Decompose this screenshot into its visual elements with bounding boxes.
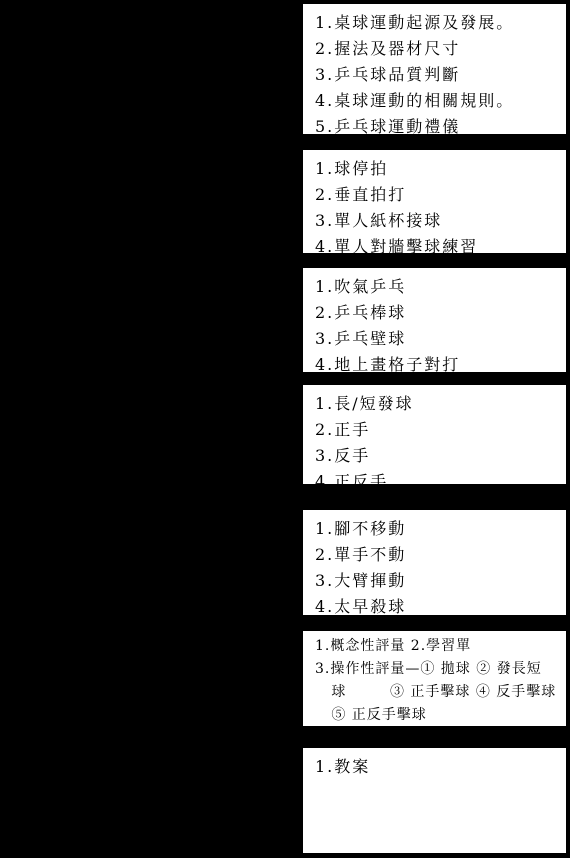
content-box-unit-overview: 1.桌球運動起源及發展。2.握法及器材尺寸3.乒乓球品質判斷4.桌球運動的相關規… [303, 4, 566, 134]
text-line: 3.操作性評量—① 拋球 ② 發長短 [315, 658, 560, 681]
text-line: 4.桌球運動的相關規則。 [315, 88, 560, 114]
text-line: 2.垂直拍打 [315, 182, 560, 208]
text-line: 4.單人對牆擊球練習 [315, 234, 560, 253]
text-line: 1.長/短發球 [315, 391, 560, 417]
content-box-common-errors: 1.腳不移動2.單手不動3.大臂揮動4.太早殺球 [303, 510, 566, 615]
text-line: 2.握法及器材尺寸 [315, 36, 560, 62]
text-line: 2.正手 [315, 417, 560, 443]
text-line: 1.教案 [315, 754, 560, 780]
content-box-lesson-plan: 1.教案 [303, 748, 566, 853]
content-box-basic-drills: 1.球停拍2.垂直拍打3.單人紙杯接球4.單人對牆擊球練習 [303, 150, 566, 253]
text-line: ⑤ 正反手擊球 [315, 704, 560, 726]
text-line: 2.單手不動 [315, 542, 560, 568]
content-box-games: 1.吹氣乒乓2.乒乓棒球3.乒乓壁球4.地上畫格子對打 [303, 268, 566, 372]
text-line: 1.球停拍 [315, 156, 560, 182]
text-line: 3.單人紙杯接球 [315, 208, 560, 234]
content-box-assessment: 1.概念性評量 2.學習單3.操作性評量—① 拋球 ② 發長短 球 ③ 正手擊球… [303, 631, 566, 726]
text-line: 5.乒乓球運動禮儀 [315, 114, 560, 134]
text-line: 4.地上畫格子對打 [315, 352, 560, 372]
text-line: 1.桌球運動起源及發展。 [315, 10, 560, 36]
text-line: 1.腳不移動 [315, 516, 560, 542]
text-line: 4.太早殺球 [315, 594, 560, 615]
text-line: 4.正反手 [315, 469, 560, 484]
text-line: 球 ③ 正手擊球 ④ 反手擊球 [315, 681, 560, 704]
document-page: 1.桌球運動起源及發展。2.握法及器材尺寸3.乒乓球品質判斷4.桌球運動的相關規… [0, 0, 570, 858]
text-line: 3.乒乓球品質判斷 [315, 62, 560, 88]
text-line: 3.反手 [315, 443, 560, 469]
content-box-strokes: 1.長/短發球2.正手3.反手4.正反手 [303, 385, 566, 484]
text-line: 1.吹氣乒乓 [315, 274, 560, 300]
text-line: 2.乒乓棒球 [315, 300, 560, 326]
text-line: 1.概念性評量 2.學習單 [315, 635, 560, 658]
text-line: 3.乒乓壁球 [315, 326, 560, 352]
text-line: 3.大臂揮動 [315, 568, 560, 594]
